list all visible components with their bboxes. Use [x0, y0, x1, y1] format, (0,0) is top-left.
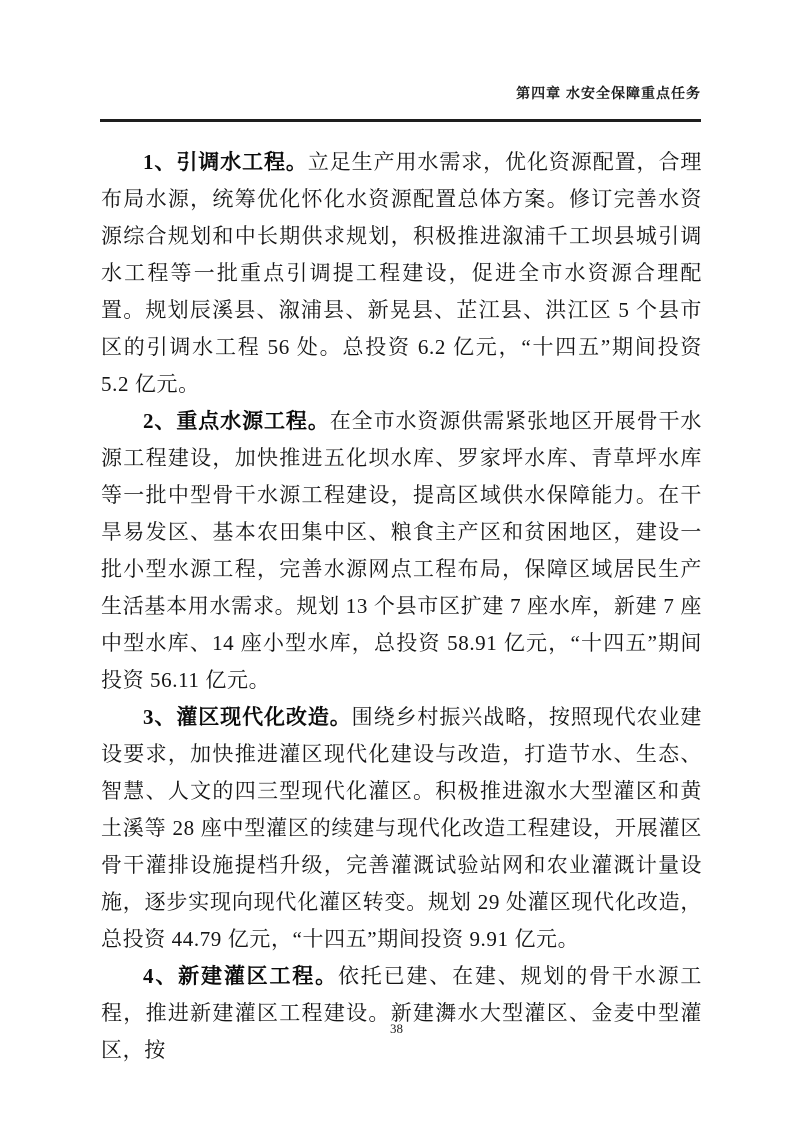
paragraph-2-text: 在全市水资源供需紧张地区开展骨干水源工程建设，加快推进五化坝水库、罗家坪水库、青… — [101, 409, 702, 692]
body-text: 1、引调水工程。立足生产用水需求，优化资源配置，合理布局水源，统筹优化怀化水资源… — [101, 144, 702, 1069]
paragraph-1-text: 立足生产用水需求，优化资源配置，合理布局水源，统筹优化怀化水资源配置总体方案。修… — [101, 150, 702, 396]
header-divider-line — [100, 119, 701, 122]
paragraph-3: 3、灌区现代化改造。围绕乡村振兴战略，按照现代农业建设要求，加快推进灌区现代化建… — [101, 699, 702, 958]
paragraph-2-heading: 2、重点水源工程。 — [143, 409, 330, 433]
paragraph-3-heading: 3、灌区现代化改造。 — [143, 705, 352, 729]
document-page: 第四章 水安全保障重点任务 1、引调水工程。立足生产用水需求，优化资源配置，合理… — [0, 0, 793, 1122]
paragraph-3-text: 围绕乡村振兴战略，按照现代农业建设要求，加快推进灌区现代化建设与改造，打造节水、… — [101, 705, 702, 951]
paragraph-1-heading: 1、引调水工程。 — [143, 150, 308, 174]
paragraph-4: 4、新建灌区工程。依托已建、在建、规划的骨干水源工程，推进新建灌区工程建设。新建… — [101, 958, 702, 1069]
paragraph-1: 1、引调水工程。立足生产用水需求，优化资源配置，合理布局水源，统筹优化怀化水资源… — [101, 144, 702, 403]
paragraph-4-heading: 4、新建灌区工程。 — [143, 964, 338, 988]
running-head-chapter-title: 第四章 水安全保障重点任务 — [100, 83, 701, 103]
paragraph-2: 2、重点水源工程。在全市水资源供需紧张地区开展骨干水源工程建设，加快推进五化坝水… — [101, 403, 702, 699]
page-number: 38 — [0, 1021, 793, 1037]
